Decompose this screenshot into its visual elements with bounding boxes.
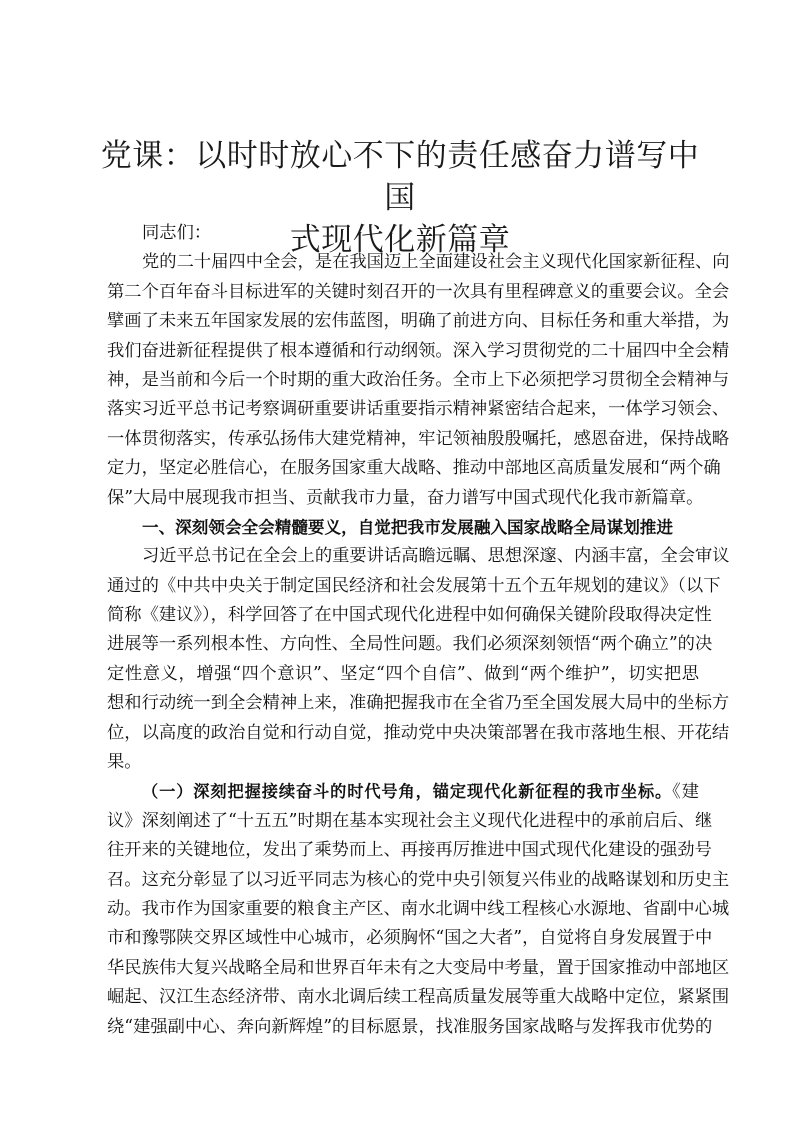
paragraph-line: 议》深刻阐述了“十五五”时期在基本实现社会主义现代化进程中的承前启后、继 [107, 807, 699, 836]
subsection-heading-1: （一）深刻把握接续奋斗的时代号角，锚定现代化新征程的我市坐标。 [142, 782, 672, 801]
paragraph-line: 华民族伟大复兴战略全局和世界百年未有之大变局中考量，置于国家推动中部地区 [107, 954, 699, 983]
section-heading-1: 一、深刻领会全会精髓要义，自觉把我市发展融入国家战略全局谋划推进 [107, 513, 699, 542]
paragraph-line: 简称《建议》），科学回答了在中国式现代化进程中如何确保关键阶段取得决定性 [107, 601, 699, 630]
title-line-1: 党课：以时时放心不下的责任感奋力谱写中国 [100, 135, 700, 219]
paragraph-line: 想和行动统一到全会精神上来，准确把握我市在全省乃至全国发展大局中的坐标方 [107, 689, 699, 718]
paragraph-line: 神，是当前和今后一个时期的重大政治任务。全市上下必须把学习贯彻全会精神与 [107, 366, 699, 395]
paragraph-line: 党的二十届四中全会，是在我国迈上全面建设社会主义现代化国家新征程、向 [107, 248, 699, 277]
paragraph-line: 定性意义，增强“四个意识”、坚定“四个自信”、做到“两个维护”，切实把思 [107, 660, 699, 689]
paragraph-line: 往开来的关键地位，发出了乘势而上、再接再厉推进中国式现代化建设的强劲号 [107, 836, 699, 865]
paragraph-line: 第二个百年奋斗目标进军的关键时刻召开的一次具有里程碑意义的重要会议。全会 [107, 278, 699, 307]
paragraph-line: 动。我市作为国家重要的粮食主产区、南水北调中线工程核心水源地、省副中心城 [107, 895, 699, 924]
document-body: 同志们： 党的二十届四中全会，是在我国迈上全面建设社会主义现代化国家新征程、向 … [107, 219, 699, 1042]
subsection-lead-tail: 《建 [672, 782, 699, 802]
paragraph-line: 落实习近平总书记考察调研重要讲话重要指示精神紧密结合起来，一体学习领会、 [107, 395, 699, 424]
paragraph-line: 通过的《中共中央关于制定国民经济和社会发展第十五个五年规划的建议》（以下 [107, 572, 699, 601]
paragraph-line: 保”大局中展现我市担当、贡献我市力量，奋力谱写中国式现代化我市新篇章。 [107, 484, 699, 513]
intro-paragraph: 党的二十届四中全会，是在我国迈上全面建设社会主义现代化国家新征程、向 第二个百年… [107, 248, 699, 513]
subsection-first-line: （一）深刻把握接续奋斗的时代号角，锚定现代化新征程的我市坐标。《建 [107, 777, 699, 806]
paragraph-line: 绕“建强副中心、奔向新辉煌”的目标愿景，找准服务国家战略与发挥我市优势的 [107, 1013, 699, 1042]
paragraph-line: 我们奋进新征程提供了根本遵循和行动纲领。深入学习贯彻党的二十届四中全会精 [107, 337, 699, 366]
section1-paragraph: 习近平总书记在全会上的重要讲话高瞻远瞩、思想深邃、内涵丰富，全会审议 通过的《中… [107, 542, 699, 777]
paragraph-line: 果。 [107, 748, 699, 777]
salutation: 同志们： [107, 219, 699, 248]
paragraph-line: 定力，坚定必胜信心，在服务国家重大战略、推动中部地区高质量发展和“两个确 [107, 454, 699, 483]
paragraph-line: 进展等一系列根本性、方向性、全局性问题。我们必须深刻领悟“两个确立”的决 [107, 630, 699, 659]
paragraph-line: 位，以高度的政治自觉和行动自觉，推动党中央决策部署在我市落地生根、开花结 [107, 719, 699, 748]
subsection-1-paragraph: （一）深刻把握接续奋斗的时代号角，锚定现代化新征程的我市坐标。《建 议》深刻阐述… [107, 777, 699, 1042]
paragraph-line: 召。这充分彰显了以习近平同志为核心的党中央引领复兴伟业的战略谋划和历史主 [107, 866, 699, 895]
paragraph-line: 擘画了未来五年国家发展的宏伟蓝图，明确了前进方向、目标任务和重大举措，为 [107, 307, 699, 336]
paragraph-line: 习近平总书记在全会上的重要讲话高瞻远瞩、思想深邃、内涵丰富，全会审议 [107, 542, 699, 571]
document-page: 党课：以时时放心不下的责任感奋力谱写中国 式现代化新篇章 同志们： 党的二十届四… [0, 0, 793, 1121]
paragraph-line: 崛起、汉江生态经济带、南水北调后续工程高质量发展等重大战略中定位，紧紧围 [107, 983, 699, 1012]
paragraph-line: 市和豫鄂陕交界区域性中心城市，必须胸怀“国之大者”，自觉将自身发展置于中 [107, 924, 699, 953]
paragraph-line: 一体贯彻落实，传承弘扬伟大建党精神，牢记领袖殷殷嘱托，感恩奋进，保持战略 [107, 425, 699, 454]
